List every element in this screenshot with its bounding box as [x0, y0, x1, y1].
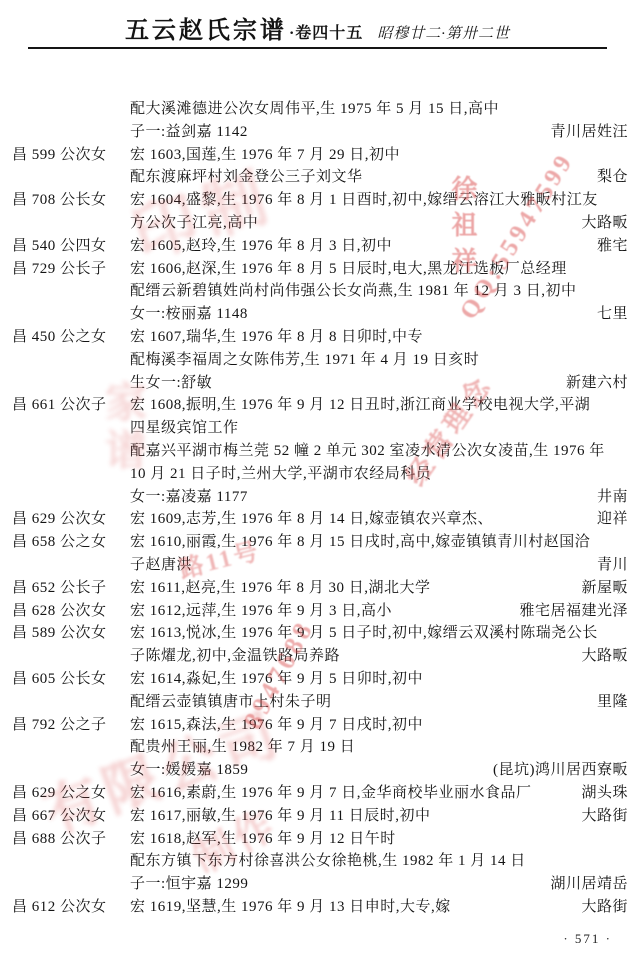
entries-list: 配大溪滩德进公次女周伟平,生 1975 年 5 月 15 日,高中 子一:益剑嘉… — [12, 98, 628, 919]
entry-place: 新屋畈 — [581, 577, 628, 600]
entry-row: 昌 708 公长女宏 1604,盛黎,生 1976 年 8 月 1 日酉时,初中… — [12, 189, 628, 212]
entry-place: 雅宅 — [597, 235, 628, 258]
entry-id-label: 昌 658 公之女 — [12, 531, 130, 554]
generation-label: 昭穆廿二·第卅二世 — [377, 26, 510, 42]
entry-row: 昌 599 公次女宏 1603,国莲,生 1976 年 7 月 29 日,初中 — [12, 144, 628, 167]
entry-row: 昌 629 公次女宏 1609,志芳,生 1976 年 8 月 14 日,嫁壶镇… — [12, 508, 628, 531]
entry-text: 子一:恒宇嘉 1299 — [130, 873, 248, 896]
entry-id-label: 昌 661 公次子 — [12, 394, 130, 417]
entry-text: 女一:桉丽嘉 1148 — [130, 303, 248, 326]
entry-row: 昌 612 公次女宏 1619,坚慧,生 1976 年 9 月 13 日申时,大… — [12, 896, 628, 919]
entry-text: 宏 1619,坚慧,生 1976 年 9 月 13 日申时,大专,嫁 — [130, 896, 451, 919]
entry-row: 女一:桉丽嘉 1148七里 — [12, 303, 628, 326]
entry-place: 迎祥 — [597, 508, 628, 531]
entry-id-label: 昌 792 公之子 — [12, 714, 130, 737]
entry-text: 子陈燿龙,初中,金温铁路局养路 — [130, 645, 340, 668]
entry-text: 子一:益剑嘉 1142 — [130, 121, 248, 144]
entry-text: 宏 1606,赵深,生 1976 年 8 月 5 日辰时,电大,黑龙江选板厂总经… — [130, 258, 567, 281]
entry-place: 湖川居靖岳 — [550, 873, 628, 896]
entry-row: 昌 729 公长子宏 1606,赵深,生 1976 年 8 月 5 日辰时,电大… — [12, 258, 628, 281]
entry-id-label: 昌 605 公长女 — [12, 668, 130, 691]
entry-row: 子一:益剑嘉 1142青川居姓汪 — [12, 121, 628, 144]
entry-text: 宏 1611,赵亮,生 1976 年 8 月 30 日,湖北大学 — [130, 577, 430, 600]
entry-id-label: 昌 628 公次女 — [12, 600, 130, 623]
entry-row: 配东渡麻坪村刘金登公三子刘文华梨仓 — [12, 166, 628, 189]
entry-text: 女一:媛媛嘉 1859 — [130, 759, 248, 782]
entry-text: 宏 1610,丽霞,生 1976 年 8 月 15 日戌时,高中,嫁壶镇镇青川村… — [130, 531, 590, 554]
entry-row: 配缙云壶镇镇唐市上村朱子明里隆 — [12, 691, 628, 714]
entry-text: 配贵州王丽,生 1982 年 7 月 19 日 — [130, 736, 355, 759]
entry-row: 昌 589 公次女宏 1613,悦冰,生 1976 年 9 月 5 日子时,初中… — [12, 622, 628, 645]
entry-place: 大路街 — [581, 896, 628, 919]
entry-text: 生女一:舒敏 — [130, 372, 212, 395]
entry-row: 女一:嘉凌嘉 1177井南 — [12, 486, 628, 509]
entry-text: 10 月 21 日子时,兰州大学,平湖市农经局科员 — [130, 463, 431, 486]
entry-row: 昌 450 公之女宏 1607,瑞华,生 1976 年 8 月 8 日卯时,中专 — [12, 326, 628, 349]
entry-id-label: 昌 708 公长女 — [12, 189, 130, 212]
entry-id-label: 昌 629 公之女 — [12, 782, 130, 805]
entry-text: 方公次子江亮,高中 — [130, 212, 258, 235]
entry-place: 青川 — [597, 554, 628, 577]
entry-text: 女一:嘉凌嘉 1177 — [130, 486, 248, 509]
entry-text: 配东渡麻坪村刘金登公三子刘文华 — [130, 166, 363, 189]
entry-row: 女一:媛媛嘉 1859(昆坑)鸿川居西寮畈 — [12, 759, 628, 782]
entry-row: 配贵州王丽,生 1982 年 7 月 19 日 — [12, 736, 628, 759]
entry-place: 大路畈 — [581, 645, 628, 668]
entry-id-label: 昌 629 公次女 — [12, 508, 130, 531]
entry-place: 井南 — [597, 486, 628, 509]
entry-text: 四星级宾馆工作 — [130, 417, 239, 440]
entry-text: 宏 1618,赵军,生 1976 年 9 月 12 日午时 — [130, 828, 396, 851]
entry-text: 子赵唐洪 — [130, 554, 192, 577]
entry-place: 大路畈 — [581, 212, 628, 235]
entry-row: 生女一:舒敏新建六村 — [12, 372, 628, 395]
entry-row: 昌 652 公长子宏 1611,赵亮,生 1976 年 8 月 30 日,湖北大… — [12, 577, 628, 600]
entry-row: 昌 605 公长女宏 1614,淼妃,生 1976 年 9 月 5 日卯时,初中 — [12, 668, 628, 691]
entry-text: 配东方镇下东方村徐喜洪公女徐艳桃,生 1982 年 1 月 14 日 — [130, 850, 526, 873]
entry-row: 配嘉兴平湖市梅兰莞 52 幢 2 单元 302 室凌水清公次女凌苗,生 1976… — [12, 440, 628, 463]
entry-text: 宏 1604,盛黎,生 1976 年 8 月 1 日酉时,初中,嫁缙云溶江大雅畈… — [130, 189, 598, 212]
entry-row: 配大溪滩德进公次女周伟平,生 1975 年 5 月 15 日,高中 — [12, 98, 628, 121]
entry-row: 昌 628 公次女宏 1612,远萍,生 1976 年 9 月 3 日,高小雅宅… — [12, 600, 628, 623]
entry-id-label: 昌 599 公次女 — [12, 144, 130, 167]
entry-text: 宏 1617,丽敏,生 1976 年 9 月 11 日辰时,初中 — [130, 805, 430, 828]
entry-text: 配梅溪李福周之女陈伟芳,生 1971 年 4 月 19 日亥时 — [130, 349, 479, 372]
entry-id-label: 昌 612 公次女 — [12, 896, 130, 919]
entry-text: 宏 1609,志芳,生 1976 年 8 月 14 日,嫁壶镇农兴章杰、 — [130, 508, 493, 531]
entry-row: 昌 688 公次子宏 1618,赵军,生 1976 年 9 月 12 日午时 — [12, 828, 628, 851]
entry-row: 配缙云新碧镇姓尚村尚伟强公长女尚燕,生 1981 年 12 月 3 日,初中 — [12, 280, 628, 303]
entry-text: 宏 1614,淼妃,生 1976 年 9 月 5 日卯时,初中 — [130, 668, 423, 691]
entry-row: 昌 661 公次子宏 1608,振明,生 1976 年 9 月 12 日丑时,浙… — [12, 394, 628, 417]
entry-place: 梨仓 — [597, 166, 628, 189]
entry-row: 子赵唐洪青川 — [12, 554, 628, 577]
entry-text: 宏 1608,振明,生 1976 年 9 月 12 日丑时,浙江商业学校电视大学… — [130, 394, 590, 417]
entry-row: 昌 629 公之女宏 1616,素蔚,生 1976 年 9 月 7 日,金华商校… — [12, 782, 628, 805]
entry-row: 配东方镇下东方村徐喜洪公女徐艳桃,生 1982 年 1 月 14 日 — [12, 850, 628, 873]
entry-id-label: 昌 652 公长子 — [12, 577, 130, 600]
entry-text: 宏 1603,国莲,生 1976 年 7 月 29 日,初中 — [130, 144, 400, 167]
entry-id-label: 昌 450 公之女 — [12, 326, 130, 349]
volume-label: ·卷四十五 — [289, 25, 363, 42]
entry-row: 配梅溪李福周之女陈伟芳,生 1971 年 4 月 19 日亥时 — [12, 349, 628, 372]
entry-place: 新建六村 — [566, 372, 628, 395]
entry-place: 大路街 — [581, 805, 628, 828]
entry-row: 方公次子江亮,高中大路畈 — [12, 212, 628, 235]
entry-id-label: 昌 589 公次女 — [12, 622, 130, 645]
entry-row: 四星级宾馆工作 — [12, 417, 628, 440]
entry-row: 子陈燿龙,初中,金温铁路局养路大路畈 — [12, 645, 628, 668]
page-number: · 571 · — [563, 931, 612, 947]
header-divider — [28, 47, 607, 49]
entry-text: 配缙云新碧镇姓尚村尚伟强公长女尚燕,生 1981 年 12 月 3 日,初中 — [130, 280, 577, 303]
entry-row: 昌 792 公之子宏 1615,森法,生 1976 年 9 月 7 日戌时,初中 — [12, 714, 628, 737]
entry-id-label: 昌 688 公次子 — [12, 828, 130, 851]
entry-place: 雅宅居福建光泽 — [519, 600, 628, 623]
entry-row: 昌 540 公四女宏 1605,赵玲,生 1976 年 8 月 3 日,初中雅宅 — [12, 235, 628, 258]
entry-row: 昌 658 公之女宏 1610,丽霞,生 1976 年 8 月 15 日戌时,高… — [12, 531, 628, 554]
entry-row: 昌 667 公次女宏 1617,丽敏,生 1976 年 9 月 11 日辰时,初… — [12, 805, 628, 828]
entry-text: 宏 1605,赵玲,生 1976 年 8 月 3 日,初中 — [130, 235, 392, 258]
entry-place: 七里 — [597, 303, 628, 326]
entry-text: 宏 1615,森法,生 1976 年 9 月 7 日戌时,初中 — [130, 714, 423, 737]
entry-text: 宏 1613,悦冰,生 1976 年 9 月 5 日子时,初中,嫁缙云双溪村陈瑞… — [130, 622, 598, 645]
entry-row: 10 月 21 日子时,兰州大学,平湖市农经局科员 — [12, 463, 628, 486]
entry-text: 宏 1612,远萍,生 1976 年 9 月 3 日,高小 — [130, 600, 392, 623]
entry-text: 宏 1607,瑞华,生 1976 年 8 月 8 日卯时,中专 — [130, 326, 423, 349]
entry-row: 子一:恒宇嘉 1299湖川居靖岳 — [12, 873, 628, 896]
entry-place: 湖头珠 — [581, 782, 628, 805]
book-title: 五云赵氏宗谱 — [125, 18, 287, 44]
entry-text: 配缙云壶镇镇唐市上村朱子明 — [130, 691, 332, 714]
entry-id-label: 昌 667 公次女 — [12, 805, 130, 828]
entry-text: 配大溪滩德进公次女周伟平,生 1975 年 5 月 15 日,高中 — [130, 98, 499, 121]
entry-text: 配嘉兴平湖市梅兰莞 52 幢 2 单元 302 室凌水清公次女凌苗,生 1976… — [130, 440, 605, 463]
page-header: 五云赵氏宗谱·卷四十五昭穆廿二·第卅二世 — [0, 10, 635, 45]
entry-place: (昆坑)鸿川居西寮畈 — [493, 759, 628, 782]
entry-text: 宏 1616,素蔚,生 1976 年 9 月 7 日,金华商校毕业丽水食品厂 — [130, 782, 532, 805]
entry-place: 里隆 — [597, 691, 628, 714]
genealogy-page: 五云赵氏宗谱·卷四十五昭穆廿二·第卅二世 配大溪滩德进公次女周伟平,生 1975… — [0, 0, 635, 968]
entry-id-label: 昌 540 公四女 — [12, 235, 130, 258]
entry-id-label: 昌 729 公长子 — [12, 258, 130, 281]
entry-place: 青川居姓汪 — [550, 121, 628, 144]
